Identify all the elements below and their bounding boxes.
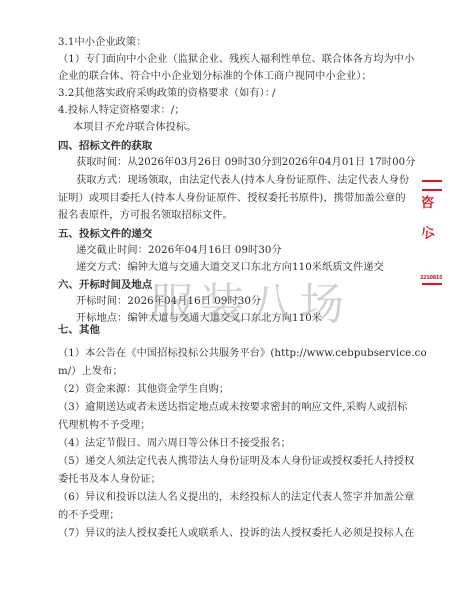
other-item-2: （2）资金来源：其他资金学生自购； [58,383,229,397]
other-item-4: （4）法定节假日、周六周日等公休日不接受报名； [58,437,291,451]
other-item-3-line-1: （3）逾期送达或者未送达指定地点或未按要求密封的响应文件,采购人或招标 [58,401,407,415]
other-item-3-line-2: 代理机构不予受理； [58,419,151,433]
other-item-5-line-1: （5）递交人须法定代表人携带法人身份证明及本人身份证或授权委托人持授权 [58,455,414,469]
section-5-title: 五、投标文件的递交 [58,227,152,241]
stamp-bar-top [422,180,442,182]
joint-bid-prefix: 本项目 [73,122,104,133]
policy-heading: 3.1中小企业政策： [58,36,147,50]
other-item-1-line-1: （1）本公告在《中国招标投标公共服务平台》(http://www.cebpubs… [58,347,427,361]
joint-bid-note: 本项目不允许联合体投标。 [73,121,196,135]
stamp-glyph-2: 公 [418,220,438,243]
submission-deadline: 递交截止时间：2026年04月16日 09时30分 [76,244,282,258]
stamp-code: 2210815 [420,275,442,281]
obtain-time: 获取时间：从2026年03月26日 09时30分到2026年04月01日 17时… [76,156,416,170]
other-item-7: （7）异议的法人授权委托人或联系人、投诉的法人授权委托人必须是投标人在 [58,527,414,541]
bidder-specific-requirements: 4.投标人特定资格要求：/； [58,104,185,118]
other-item-6-line-2: 的不予受理； [58,509,120,523]
policy-item-1-line-1: （1）专门面向中小企业（监狱企业、残疾人福利性单位、联合体各方均为中小 [58,53,414,67]
red-seal-stamp: 咨 公 2210815 [420,180,446,300]
obtain-method-line-1: 获取方式：现场领取，由法定代表人(持本人身份证原件、法定代表人身份 [76,174,409,188]
joint-bid-suffix: 联合体投标。 [135,122,197,133]
other-item-5-line-2: 委托书及本人身份证； [58,473,161,487]
policy-other-requirements: 3.2其他落实政府采购政策的资格要求（如有）： [58,87,275,101]
watermark: 服装八场 [150,268,350,332]
stamp-glyph-1: 咨 [421,192,434,211]
section-6-title: 六、开标时间及地点 [58,278,152,292]
stamp-bar-bottom [422,283,442,285]
obtain-method-line-3: 报名表原件，方可报名领取招标文件。 [58,209,233,223]
stamp-bar-2 [422,189,442,191]
document-page: 3.1中小企业政策： （1）专门面向中小企业（监狱企业、残疾人福利性单位、联合体… [0,0,450,600]
policy-other-value: / [272,87,276,101]
policy-item-1-line-2: 企业的联合体、符合中小企业划分标准的个体工商户视同中小企业）； [58,70,372,84]
other-item-1-line-2: m/）上发布； [58,365,123,379]
obtain-method-line-2: 证明）或项目委托人(持本人身份证原件、授权委托书原件)，携带加盖公章的 [58,192,406,206]
section-4-title: 四、招标文件的获取 [58,139,152,153]
other-item-6-line-1: （6）异议和投诉以法人名义提出的，未经投标人的法定代表人签字并加盖公章 [58,491,414,505]
section-7-title: 七、其他 [58,323,100,337]
joint-bid-italic: 不允许 [104,122,135,133]
